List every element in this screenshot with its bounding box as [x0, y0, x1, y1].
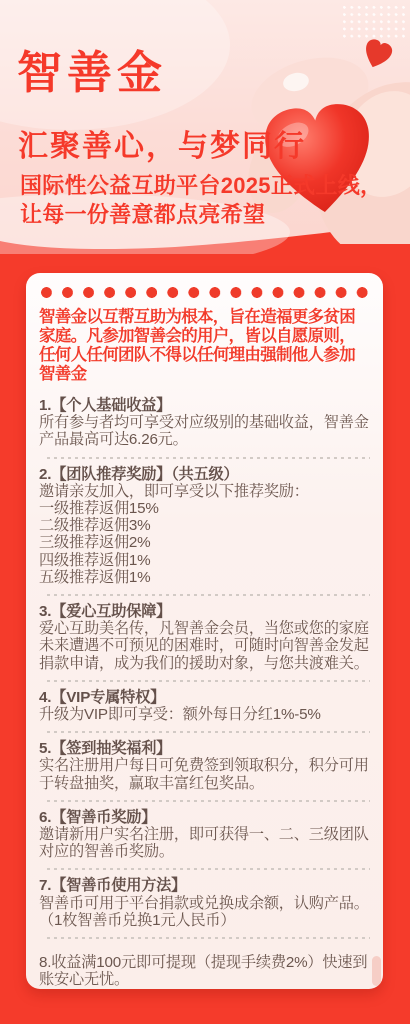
section-line: 二级推荐返佣3%: [39, 517, 370, 534]
card-intro: 智善金以互帮互助为根本，旨在造福更多贫困家庭。凡参加智善会的用户，皆以自愿原则，…: [39, 308, 370, 384]
section-title: 4.【VIP专属特权】: [39, 689, 370, 706]
section-checkin-lottery: 5.【签到抽奖福利】 实名注册用户每日可免费签到领取积分，积分可用于转盘抽奖，赢…: [39, 740, 370, 792]
section-coin-reward: 6.【智善币奖励】 邀请新用户实名注册，即可获得一、二、三级团队对应的智善币奖励…: [39, 809, 370, 861]
hero-tagline-line1: 国际性公益互助平台2025正式上线，: [20, 171, 382, 200]
page-title: 智善金: [17, 48, 167, 98]
section-title: 1.【个人基础收益】: [39, 397, 370, 414]
section-line: （1枚智善币兑换1元人民币）: [39, 912, 370, 929]
section-title: 2.【团队推荐奖励】（共五级）: [39, 466, 370, 483]
hero-tagline: 国际性公益互助平台2025正式上线， 让每一份善意都点亮希望: [20, 171, 382, 229]
section-line: 一级推荐返佣15%: [39, 500, 370, 517]
section-mutual-aid: 3.【爱心互助保障】 爱心互助美名传，凡智善金会员，当您或您的家庭未来遭遇不可预…: [39, 603, 370, 672]
dashed-divider: [47, 457, 370, 459]
section-line: 实名注册用户每日可免费签到领取积分，积分可用于转盘抽奖，赢取丰富红包奖品。: [39, 757, 370, 791]
section-line: 五级推荐返佣1%: [39, 569, 370, 586]
hero-banner: 智善金 汇聚善心，与梦同行 国际性公益互助平台2025正式上线， 让每一份善意都…: [0, 0, 410, 254]
section-vip: 4.【VIP专属特权】 升级为VIP即可享受：额外每日分红1%-5%: [39, 689, 370, 723]
section-line: 升级为VIP即可享受：额外每日分红1%-5%: [39, 706, 370, 723]
section-title: 6.【智善币奖励】: [39, 809, 370, 826]
section-title: 7.【智善币使用方法】: [39, 877, 370, 894]
section-title: 3.【爱心互助保障】: [39, 603, 370, 620]
dashed-divider: [47, 868, 370, 870]
section-personal-income: 1.【个人基础收益】 所有参与者均可享受对应级别的基础收益，智善金产品最高可达6…: [39, 397, 370, 449]
section-team-rewards: 2.【团队推荐奖励】（共五级） 邀请亲友加入，即可享受以下推荐奖励： 一级推荐返…: [39, 466, 370, 586]
section-title: 5.【签到抽奖福利】: [39, 740, 370, 757]
section-line: 邀请新用户实名注册，即可获得一、二、三级团队对应的智善币奖励。: [39, 826, 370, 860]
section-coin-usage: 7.【智善币使用方法】 智善币可用于平台捐款或兑换成余额，认购产品。 （1枚智善…: [39, 877, 370, 929]
hero-subtitle: 汇聚善心，与梦同行: [18, 121, 306, 165]
section-withdrawal-note: 8.收益满100元即可提现（提现手续费2%）快速到账安心无忧。: [39, 954, 370, 988]
dashed-divider: [47, 594, 370, 596]
section-line: 邀请亲友加入，即可享受以下推荐奖励：: [39, 483, 370, 500]
section-line: 智善币可用于平台捐款或兑换成余额，认购产品。: [39, 895, 370, 912]
hero-tagline-line2: 让每一份善意都点亮希望: [20, 200, 382, 229]
dots-row: [41, 287, 368, 298]
dashed-divider: [47, 680, 370, 682]
dashed-divider: [47, 937, 370, 939]
dashed-divider: [47, 800, 370, 802]
heart-icon: [360, 37, 394, 71]
section-line: 三级推荐返佣2%: [39, 534, 370, 551]
section-line: 四级推荐返佣1%: [39, 552, 370, 569]
dashed-divider: [47, 731, 370, 733]
section-line: 所有参与者均可享受对应级别的基础收益，智善金产品最高可达6.26元。: [39, 414, 370, 448]
section-line: 爱心互助美名传，凡智善金会员，当您或您的家庭未来遭遇不可预见的困难时，可随时向智…: [39, 620, 370, 672]
info-card: 智善金以互帮互助为根本，旨在造福更多贫困家庭。凡参加智善会的用户，皆以自愿原则，…: [26, 273, 383, 989]
scrollbar-thumb[interactable]: [372, 956, 381, 986]
